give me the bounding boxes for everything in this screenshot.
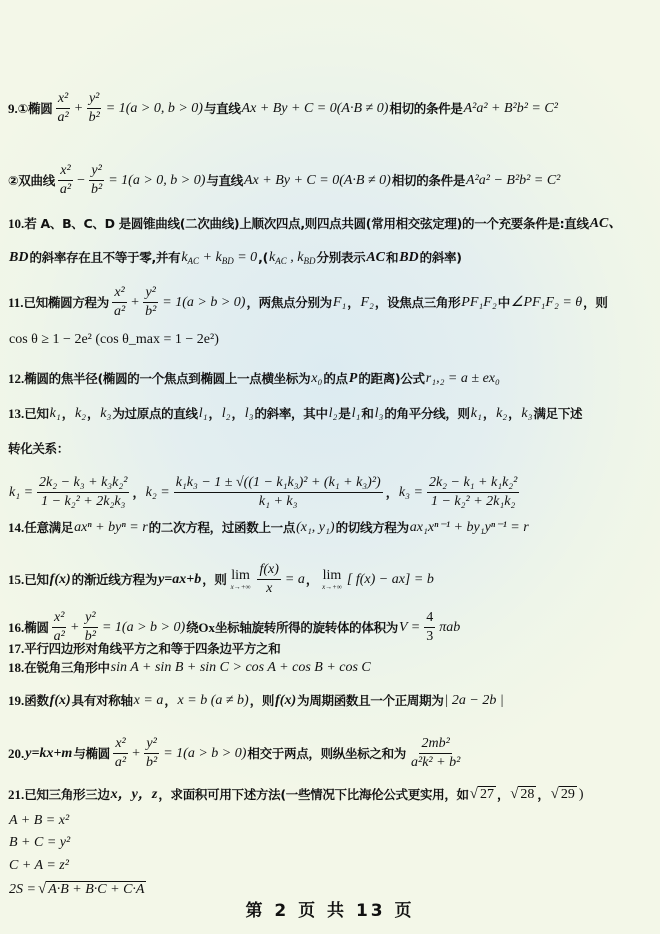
text: 椭圆的焦半径(椭圆的一个焦点到椭圆上一点横坐标为	[24, 370, 310, 388]
item-21-eq2: B + C = y²	[8, 834, 71, 852]
text: 椭圆	[24, 619, 48, 637]
text: ，	[164, 692, 176, 710]
math-expression: cos θ ≥ 1 − 2e² (cos θ_max = 1 − 2e²)	[8, 331, 220, 349]
math-expression: ax₁xⁿ⁻¹ + by₁yⁿ⁻¹ = r	[409, 519, 530, 537]
circled-marker: ①	[18, 100, 28, 118]
item-13-line2: 转化关系：	[8, 440, 69, 458]
sqrt-27: √27	[469, 785, 497, 804]
math-expression: F₁	[332, 294, 347, 312]
math-expression: r₁,₂ = a ± ex₀	[425, 370, 501, 388]
text: 已知	[24, 571, 48, 589]
math-expression: = 1(a > b > 0)	[101, 619, 186, 637]
fraction: y²b²	[143, 736, 160, 771]
item-18: 18. 在锐角三角形中 sin A + sin B + sin C > cos …	[8, 659, 372, 677]
text: 的渐近线方程为	[72, 571, 157, 589]
item-number: 15.	[8, 571, 24, 589]
item-19: 19. 函数 f(x) 具有对称轴 x = a ， x = b (a ≠ b) …	[8, 692, 505, 710]
item-12: 12. 椭圆的焦半径(椭圆的一个焦点到椭圆上一点横坐标为 x₀ 的点 P 的距离…	[8, 370, 501, 388]
math-expression: x₀	[310, 370, 323, 388]
math-expression: V =	[398, 619, 421, 637]
item-21-eq1: A + B = x²	[8, 812, 70, 830]
math-expression: = 1(a > 0, b > 0)	[107, 172, 206, 190]
math-expression: kAC + kBD = 0	[180, 249, 258, 267]
math-expression: A + B = x²	[8, 812, 70, 830]
text: ，两焦点分别为	[246, 294, 331, 312]
text: 为过原点的直线	[112, 405, 197, 423]
math-expression: | 2a − 2b |	[444, 692, 505, 710]
item-13-formulas: k₁ = 2k₂ − k₃ + k₃k₂²1 − k₂² + 2k₂k₃ ， k…	[8, 475, 522, 510]
item-number: 18.	[8, 659, 24, 677]
math-expression: C + A = z²	[8, 857, 70, 875]
math-expression: sin A + sin B + sin C > cos A + cos B + …	[110, 659, 372, 677]
math-expression: AC、	[589, 215, 624, 233]
text: 已知三角形三边	[24, 786, 109, 804]
item-number: 14.	[8, 519, 24, 537]
curve-label: 椭圆	[28, 100, 52, 118]
fraction: x²a²	[111, 285, 128, 320]
item-number: 10.	[8, 215, 24, 233]
item-number: 17.	[8, 640, 24, 658]
fraction: 43	[423, 610, 436, 645]
text: 的斜率存在且不等于零,并有	[29, 249, 180, 267]
math-expression: = 1(a > b > 0)	[162, 745, 247, 763]
math-expression: k₃ =	[398, 484, 424, 502]
text: 坐标轴旋转所得的旋转体的体积为	[215, 619, 398, 637]
math-expression: kAC , kBD	[268, 249, 316, 267]
item-17: 17. 平行四边形对角线平方之和等于四条边平方之和	[8, 640, 280, 658]
text: 的角平分线，则	[384, 405, 469, 423]
text: 相交于两点，则纵坐标之和为	[247, 745, 406, 763]
text: ，则	[583, 294, 607, 312]
sqrt-28: √28	[509, 785, 537, 804]
item-number: 13.	[8, 405, 24, 423]
fraction: x²a²	[57, 163, 74, 198]
text: 满足下述	[533, 405, 582, 423]
fraction: f(x)x	[256, 562, 281, 597]
math-expression: AC	[365, 249, 386, 267]
text: 转化关系：	[8, 440, 69, 458]
item-9-hyperbola: ② 双曲线 x²a² − y²b² = 1(a > 0, b > 0) 与直线 …	[8, 163, 561, 198]
text: 已知椭圆方程为	[24, 294, 109, 312]
math-expression: πab	[438, 619, 461, 637]
text: 相切的条件是	[392, 172, 465, 190]
text: 相切的条件是	[389, 100, 462, 118]
item-number: 9.	[8, 100, 18, 118]
circled-marker: ②	[8, 172, 18, 190]
math-expression: = 1(a > b > 0)	[161, 294, 246, 312]
item-13-line1: 13. 已知 k₁， k₂， k₃ 为过原点的直线 l₁， l₂， l₃ 的斜率…	[8, 405, 582, 423]
math-expression: A²a² + B²b² = C²	[463, 100, 559, 118]
fraction: y²b²	[86, 91, 103, 126]
fraction: x²a²	[54, 91, 71, 126]
text: 平行四边形对角线平方之和等于四条边平方之和	[24, 640, 280, 658]
text: 已知	[24, 405, 48, 423]
fraction: 2k₂ − k₃ + k₃k₂²1 − k₂² + 2k₂k₃	[36, 475, 130, 510]
text: ，	[347, 294, 359, 312]
item-number: 11.	[8, 294, 24, 312]
item-21-line1: 21. 已知三角形三边 x，y，z ，求面积可用下述方法(一些情况下比海伦公式更…	[8, 785, 585, 804]
fraction: y²b²	[88, 163, 105, 198]
math-expression: = 1(a > 0, b > 0)	[105, 100, 204, 118]
text: 的斜率)	[420, 249, 462, 267]
text: 是	[338, 405, 350, 423]
fraction: 2k₂ − k₁ + k₁k₂²1 − k₂² + 2k₁k₂	[426, 475, 520, 510]
text: 为周期函数且一个正周期为	[297, 692, 443, 710]
math-expression: f(x)	[49, 571, 72, 589]
text: 任意满足	[24, 519, 73, 537]
math-expression: [ f(x) − ax] = b	[346, 571, 435, 589]
math-expression: x，y，z	[110, 786, 159, 804]
text: 分别表示	[317, 249, 366, 267]
fraction: x²a²	[112, 736, 129, 771]
text: 与椭圆	[73, 745, 110, 763]
text: 和	[386, 249, 398, 267]
math-expression: k₁ =	[8, 484, 34, 502]
text: 的点	[323, 370, 347, 388]
text: 中	[498, 294, 510, 312]
item-10-line1: 10. 若 A、B、C、D 是圆锥曲线(二次曲线)上顺次四点,则四点共圆(常用相…	[8, 215, 623, 233]
text: ，设焦点三角形	[375, 294, 460, 312]
page-footer: 第 2 页 共 13 页	[0, 896, 660, 921]
math-expression: Ax + By + C = 0(A·B ≠ 0)	[243, 172, 392, 190]
text: ，则	[202, 571, 226, 589]
item-number: 12.	[8, 370, 24, 388]
fraction: 2mb²a²k² + b²	[408, 736, 463, 771]
text: 函数	[24, 692, 48, 710]
item-21-eq3: C + A = z²	[8, 857, 70, 875]
item-14: 14. 任意满足 axⁿ + byⁿ = r 的二次方程，过函数上一点 (x₁,…	[8, 519, 530, 537]
item-number: 20.	[8, 745, 24, 763]
math-expression: axⁿ + byⁿ = r	[73, 519, 149, 537]
text: 具有对称轴	[72, 692, 133, 710]
math-expression: BD	[398, 249, 419, 267]
math-expression: (x₁, y₁)	[295, 519, 336, 537]
item-number: 19.	[8, 692, 24, 710]
text: 若 A、B、C、D 是圆锥曲线(二次曲线)上顺次四点,则四点共圆(常用相交弦定理…	[24, 215, 588, 233]
math-expression: PF₁F₂	[460, 294, 497, 312]
text: 在锐角三角形中	[24, 659, 109, 677]
math-expression: P	[348, 370, 359, 388]
math-expression: B + C = y²	[8, 834, 71, 852]
math-expression: = a	[284, 571, 306, 589]
math-expression: F₂	[359, 294, 374, 312]
text: 和	[361, 405, 373, 423]
fraction: k₁k₃ − 1 ± √((1 − k₁k₃)² + (k₁ + k₃)²)k₁…	[173, 475, 384, 510]
text: 的斜率，其中	[254, 405, 327, 423]
text: 与直线	[206, 172, 243, 190]
limit: limx→+∞	[321, 569, 343, 591]
math-expression: y=kx+m	[24, 745, 73, 763]
fraction: y²b²	[142, 285, 159, 320]
text: ，则	[250, 692, 274, 710]
item-number: 21.	[8, 786, 24, 804]
text: 的距离)公式	[358, 370, 424, 388]
math-expression: k₂ =	[145, 484, 171, 502]
limit: limx→+∞	[230, 569, 252, 591]
curve-label: 双曲线	[18, 172, 55, 190]
math-expression: Ax + By + C = 0(A·B ≠ 0)	[241, 100, 390, 118]
text: 的切线方程为	[336, 519, 409, 537]
item-20: 20. y=kx+m 与椭圆 x²a² + y²b² = 1(a > b > 0…	[8, 736, 465, 771]
text: Ox	[198, 619, 215, 637]
math-expression: x = a	[133, 692, 165, 710]
item-9-ellipse: 9. ① 椭圆 x²a² + y²b² = 1(a > 0, b > 0) 与直…	[8, 91, 559, 126]
math-expression: f(x)	[49, 692, 72, 710]
math-expression: y=ax+b	[157, 571, 202, 589]
item-15: 15. 已知 f(x) 的渐近线方程为 y=ax+b ，则 limx→+∞ f(…	[8, 562, 435, 597]
text: ，	[306, 571, 318, 589]
text: ，求面积可用下述方法(一些情况下比海伦公式更实用，如	[158, 786, 468, 804]
text: 的二次方程，过函数上一点	[149, 519, 295, 537]
item-11-line2: cos θ ≥ 1 − 2e² (cos θ_max = 1 − 2e²)	[8, 331, 220, 349]
math-expression: x = b (a ≠ b)	[177, 692, 250, 710]
math-expression: BD	[8, 249, 29, 267]
math-expression: f(x)	[274, 692, 297, 710]
item-number: 16.	[8, 619, 24, 637]
item-11-line1: 11. 已知椭圆方程为 x²a² + y²b² = 1(a > b > 0) ，…	[8, 285, 608, 320]
math-expression: ∠PF₁F₂ = θ	[510, 294, 583, 312]
math-expression: A²a² − B²b² = C²	[465, 172, 561, 190]
text: 绕	[186, 619, 198, 637]
item-10-line2: BD 的斜率存在且不等于零,并有 kAC + kBD = 0 ,( kAC , …	[8, 249, 462, 267]
text: ,(	[258, 249, 268, 267]
sqrt-29: √29	[550, 785, 578, 804]
text: 与直线	[204, 100, 241, 118]
